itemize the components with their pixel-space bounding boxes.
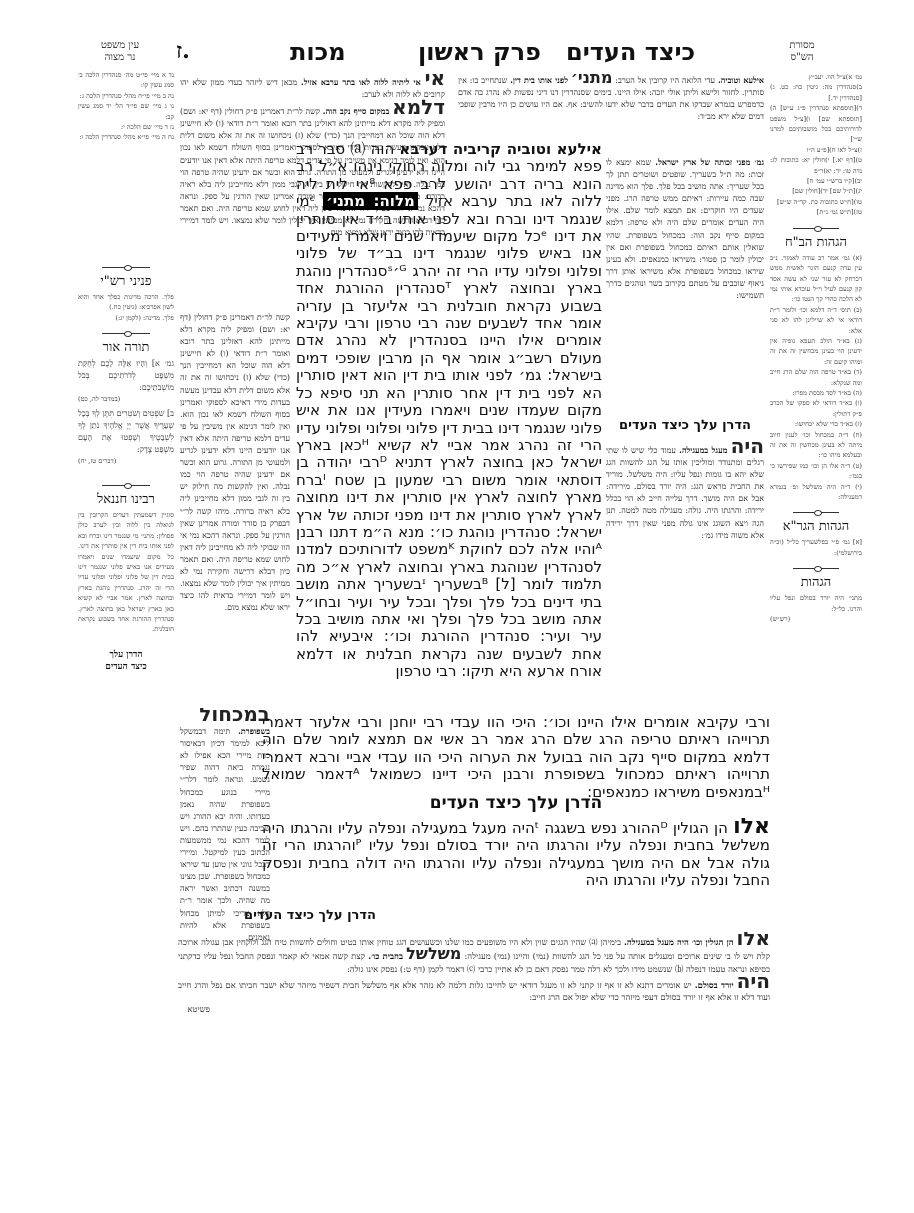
left-margin-column: נד א מיי׳ פי״ט מה׳ סנהדרין הלכה ב׳ סמג ע… [78, 70, 174, 970]
masoret-entry: טו)[ת״ש כתובות כת. קד״ה ש״ש] [770, 197, 862, 207]
ein-mishpat-entry: נו ג מיי׳ שם פי״ד הל׳ יד סמג עשין קב: [78, 101, 174, 122]
pnei-rashi-entry: פלך. הרכה מדינות כפלך אחד והוא לשון אפרכ… [78, 292, 174, 313]
tosafot-text-cont: קשה לר״ת דאמרינן פ״ק דחולין (דף יא: ושם)… [180, 312, 290, 614]
rashi-column-lower: היה מעגל במעגילה. עמוד כלי שיש לו שתי רג… [606, 440, 764, 670]
gemara-body-2: ורבי עקיבא אומרים אילו היינו וכו׳: היכי … [262, 714, 770, 801]
bottom-rashi-commentary: אלו הן הגולין וכו׳ היה מעגל במעגילה. בימ… [178, 932, 770, 1037]
ornament-divider [78, 481, 174, 489]
masoret-entry: יג)[ת״ל שם] יד)[חולין שם] [770, 186, 862, 196]
habach-entry: (י) ד״ה היה משלשל ופ׳ בגמרא דמעגילה: [770, 482, 862, 503]
masoret-entry: גמ׳ א)צ״ל הוו. יעב״ץ [770, 72, 862, 82]
mishna-2-block: אלו הן הגולין ᴰההורג נפש בשגגה ᵗהיה מעגל… [262, 818, 770, 908]
masoret-entry: יב)[ק״ו ברש״י עמ׳ ח] [770, 176, 862, 186]
hagahot-hagra-title: הגהות הגר"א [770, 518, 862, 534]
gemara-opening: אילעא וטוביה קריביה דערבא הוה ⒜ סבר רב פ… [296, 141, 602, 681]
gemara-opening-line: אילעא וטוביה קריביה דערבא הוה ⒜ סבר רב פ… [296, 141, 602, 681]
hagahot-title: הגהות [770, 574, 862, 590]
rashi-text: שמא ימצא לו זכות: מה ת״ל בשעריך. שופטים … [606, 158, 764, 300]
rashi-dibbur-hamatchil: מעגל במעגילה. [679, 445, 727, 455]
habach-entry: (ד) בא״ד טרפה הוה שלם הרג חייב ומה שנקלא… [770, 367, 862, 388]
hadran-left: הדרן עלך כיצד העדים [78, 649, 174, 673]
right-margin-column: גמ׳ א)צ״ל הוו. יעב״ץ ב)סנהדרין מה: גיטין… [770, 72, 862, 982]
habach-entry: (ג) בא״ד הולכ תעפא גופיה אין ידעינן הוי … [770, 336, 862, 367]
rabbeinu-chananel-text: סוגיין דשמעתין דעדים הקרובין בין לגואלה … [78, 510, 174, 635]
hagahot-section: הגהות מתני׳ היה יורד בסולם ונפל עליו והר… [770, 574, 862, 624]
torah-or-verse: גמ׳ א] וְהָיוּ אֵלֶּה לָכֶם לְחֻקַּת מִש… [78, 358, 174, 394]
torah-or-source: (במדבר לה, כט) [78, 394, 174, 404]
hadran-gemara: הדרן עלך כיצד העדים [262, 793, 770, 813]
tosafot-dibbur-hamatchil: במקום סייף נקב הוה. [323, 106, 390, 116]
masoret-hashas-label: מסורת הש"ס [772, 40, 832, 64]
rashi-mishna-marker: מתני׳ [571, 72, 613, 87]
habach-entry: (ו) בא״ד דודאי לא ספקו של הכרב פ״ק דתולי… [770, 398, 862, 419]
habach-entry: (ט) ד״ה אלו הן וכו׳ כמו שפירשו כי בגמ׳: [770, 461, 862, 482]
tosafot-big-word: במכחול [199, 708, 270, 726]
bottom-dibbur-hamatchil: הן הגולין וכו׳ היה מעגל במעגילה. [624, 937, 734, 947]
masoret-entry: טז)[ת״ש גמ׳ נ״ת] [770, 207, 862, 217]
ein-mishpat-entry: נז ד מיי׳ שם הלכה י: [78, 122, 174, 132]
rashi-text: עדי הלואה היו קרובין אל הערב: [615, 76, 715, 85]
hagahot-habach-section: הגהות הב"ח (א) גמ׳ אמר רב עודה לאמזר. נ״… [770, 234, 862, 503]
pnei-rashi-entry: פלך. מדינה: (לקמן יג:) [78, 313, 174, 323]
bottom-entry-1: אלו הן הגולין וכו׳ היה מעגל במעגילה. בימ… [178, 932, 770, 975]
rabbeinu-chananel-title: רבינו חננאל [78, 491, 174, 507]
rashi-dibbur-hamatchil: אילעא וטוביה. [718, 75, 764, 85]
ornament-divider [770, 564, 862, 572]
torah-or-source: (דברים טז, יח) [78, 456, 174, 466]
ein-mishpat-entry: נד א מיי׳ פי״ט מה׳ סנהדרין הלכה ב׳ סמג ע… [78, 70, 174, 91]
rashi-mishna2: היה מעגל במעגילה. עמוד כלי שיש לו שתי רג… [606, 440, 764, 542]
ornament-divider [78, 329, 174, 337]
ein-mishpat-entry: נה ב מיי׳ פי״ח מהל׳ סנהדרין הלכה ג: [78, 91, 174, 101]
gemara-body: ᶜמי שנגמר דינו וברח ובא לפני אותו ב״ד אי… [296, 192, 602, 680]
ein-mishpat-label: עין משפט נר מצוה [80, 40, 160, 64]
chapter-number: פרק ראשון [418, 38, 541, 66]
bottom-entry-3: היה יורד בסולם. יש אומרים דתנא לא זו אף … [178, 975, 770, 1004]
mishna-2: אלו הן הגולין ᴰההורג נפש בשגגה ᵗהיה מעגל… [262, 818, 770, 890]
torah-or-verse: ב] שֹׁפְטִים וְשֹׁטְרִים תִּתֶּן לְךָ בְ… [78, 408, 174, 456]
hagahot-source: (רש״ש) [770, 614, 862, 624]
masoret-label-line1: מסורת [772, 40, 832, 52]
tosafot-big-letter: אי [425, 72, 445, 90]
rabbeinu-chananel-section: רבינו חננאל סוגיין דשמעתין דעדים הקרובין… [78, 491, 174, 635]
tosafot-dibbur-hamatchil: אי ליתיה ללוה לאו בתר ערבא אזיל. [301, 77, 421, 87]
masoret-entry: ד)[תוספתא סנהדרין פ״ג ע״ש] ה)[תוספתא שם]… [770, 103, 862, 145]
torah-or-section: תורה אור גמ׳ א] וְהָיוּ אֵלֶּה לָכֶם לְח… [78, 339, 174, 467]
habach-entry: (ז) בא״ד כדי שלא יכחישו: [770, 419, 862, 429]
habach-entry: (ה) בא״ד לסד מכסת מפרו: [770, 388, 862, 398]
rashi-dibbur-hamatchil: גמ׳ מפני זכותה של ארץ ישראל. [655, 157, 764, 167]
rashi-column-cont: גמ׳ מפני זכותה של ארץ ישראל. שמא ימצא לו… [606, 156, 764, 406]
torah-or-title: תורה אור [78, 339, 174, 355]
rashi-intro: אילעא וטוביה. עדי הלואה היו קרובין אל הע… [458, 72, 764, 123]
mishna-2-text: הן הגולין ᴰההורג נפש בשגגה ᵗהיה מעגל במע… [262, 819, 770, 889]
rashi-big-word: היה [731, 440, 764, 458]
masoret-entry: ב)סנהדרין מה: גיטין כח: כט. ג)[סנהדרין י… [770, 82, 862, 103]
tosafot-column-cont: קשה לר״ת דאמרינן פ״ק דחולין (דף יא: ושם)… [180, 312, 290, 707]
ornament-divider [78, 263, 174, 271]
ein-mishpat-section: נד א מיי׳ פי״ט מה׳ סנהדרין הלכה ב׳ סמג ע… [78, 70, 174, 143]
pnei-rashi-section: פניני רש"י פלך. הרכה מדינות כפלך אחד והו… [78, 273, 174, 323]
tractate-title: מכות [290, 38, 346, 66]
page-header: עין משפט נר מצוה ז. מכות פרק ראשון כיצד … [0, 40, 914, 64]
bottom-text: יש אומרים דתנא לא זו אף זו קתני לא זו מע… [178, 980, 770, 1002]
chapter-name: כיצד העדים [566, 38, 695, 66]
pnei-rashi-title: פניני רש"י [78, 273, 174, 289]
page-number: ז. [176, 38, 190, 64]
hadran-tosafot: הדרן עלך כיצד העדים [180, 908, 440, 923]
hadran-left-line1: הדרן עלך [78, 649, 174, 661]
hagahot-entry: מתני׳ היה יורד בסולם ונפל עליו והרגו. כל… [770, 593, 862, 614]
tosafot-big-word: דלמא [392, 95, 445, 119]
masoret-label-line2: הש"ס [772, 52, 832, 64]
bottom-big-word: אלו [736, 932, 770, 950]
masoret-entry: ז)צ״ל לאו ח)[פ״ע ה״ו [770, 145, 862, 155]
rashi-gemara: גמ׳ מפני זכותה של ארץ ישראל. שמא ימצא לו… [606, 156, 764, 302]
habach-entry: (א) גמ׳ אמר רב עודה לאמזר. נ״ב עין עדה ק… [770, 253, 862, 305]
habach-entry: (ח) ד״ה במכחול וכו׳ לענין חיוב מיתה לא ב… [770, 430, 862, 461]
hagahot-habach-title: הגהות הב"ח [770, 234, 862, 250]
gemara-opening-words: אילעא וטוביה קריביה דערבא [399, 140, 602, 158]
masoret-hashas-section: גמ׳ א)צ״ל הוו. יעב״ץ ב)סנהדרין מה: גיטין… [770, 72, 862, 218]
mishna-marker-highlight: מלוה: מתני׳ [323, 192, 418, 210]
ein-mishpat-entry: נח ה מיי׳ פי״א מהל׳ סנהדרין הלכה ו: [78, 132, 174, 142]
habach-entry: (ב) תוס׳ ד״ה דלמא וכו׳ ולומר ר״ת דודאי א… [770, 305, 862, 336]
bottom-big-word: היה [737, 969, 770, 993]
masoret-entry: ט)[דף יא.] י)חולין יא: כתובות לג: נדה טו… [770, 155, 862, 176]
ornament-divider [770, 508, 862, 516]
hagahot-hagra-section: הגהות הגר"א [א] גמ׳ פ״י בפלשעריך כל״ל (ו… [770, 518, 862, 558]
ein-mishpat-label-line2: נר מצוה [80, 52, 160, 64]
rashi-text: עמוד כלי שיש לו שתי רגלים ומתנודד ומוליכ… [606, 446, 764, 540]
bottom-big-word: משלשל [406, 944, 461, 963]
hadran-rashi: הדרן עלך כיצד העדים [606, 418, 764, 433]
bottom-dibbur-hamatchil: בחבית כו׳. [368, 951, 403, 961]
bottom-last-word: פשיטא [178, 1003, 770, 1015]
hadran-left-line2: כיצד העדים [78, 661, 174, 673]
bottom-dibbur-hamatchil: יורד בסולם. [695, 980, 734, 990]
ein-mishpat-label-line1: עין משפט [80, 40, 160, 52]
rashi-dibbur-hamatchil: לפני אותו בית דין. [510, 75, 568, 85]
ornament-divider [770, 224, 862, 232]
hagra-entry: [א] גמ׳ פ״י בפלשעריך כל״ל (וכ״ה בירושלמי… [770, 537, 862, 558]
